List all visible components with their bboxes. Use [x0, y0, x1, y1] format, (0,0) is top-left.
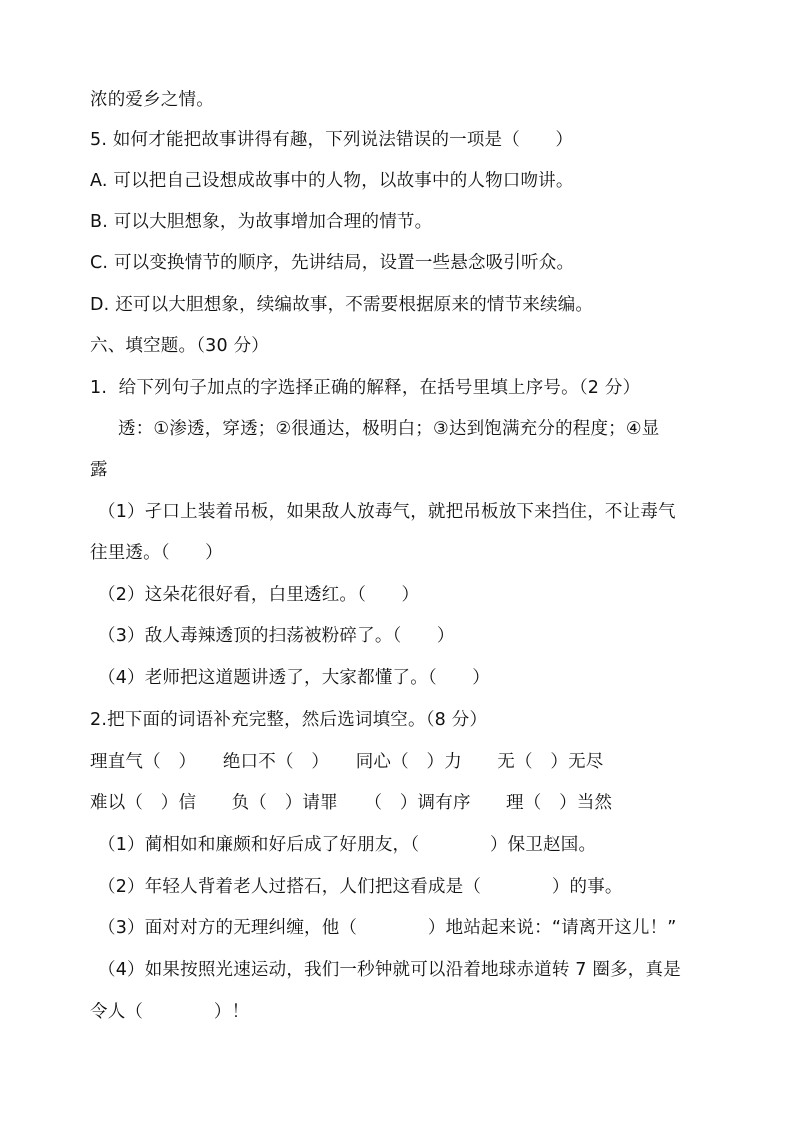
sentence-4: （4）老师把这道题讲透了，大家都懂了。（ ）	[98, 666, 490, 690]
sentence-2: （2）这朵花很好看，白里透红。（ ）	[98, 583, 419, 607]
question-6-1: 1. 给下列句子加点的字选择正确的解释，在括号里填上序号。（2 分）	[90, 376, 640, 400]
section-6-heading: 六、填空题。（30 分）	[90, 334, 269, 358]
sentence-3: （3）敌人毒辣透顶的扫荡被粉碎了。（ ）	[98, 624, 455, 648]
sentence-1-cont: 往里透。（ ）	[90, 541, 223, 565]
idioms-row-1: 理直气（ ） 绝口不（ ） 同心（ ）力 无（ ）无尽	[90, 750, 604, 774]
fill-sentence-4: （4）如果按照光速运动，我们一秒钟就可以沿着地球赤道转 7 圈多，真是	[98, 958, 681, 982]
fill-sentence-4-cont: 令人（ ）！	[90, 1000, 249, 1024]
sentence-1: （1）孑口上装着吊板，如果敌人放毒气，就把吊板放下来挡住，不让毒气	[98, 500, 676, 524]
idioms-row-2: 难以（ ）信 负（ ）请罪 （ ）调有序 理（ ）当然	[90, 791, 612, 815]
option-d: D. 还可以大胆想象，续编故事，不需要根据原来的情节来续编。	[90, 293, 593, 317]
question-5: 5. 如何才能把故事讲得有趣，下列说法错误的一项是（ ）	[90, 128, 573, 152]
definition-tou-cont: 露	[90, 458, 108, 482]
option-a: A. 可以把自己设想成故事中的人物，以故事中的人物口吻讲。	[90, 169, 574, 193]
text-line-continuation: 浓的爱乡之情。	[90, 88, 214, 112]
question-6-2: 2.把下面的词语补充完整，然后选词填空。（8 分）	[90, 708, 487, 732]
fill-sentence-2: （2）年轻人背着老人过搭石，人们把这看成是（ ）的事。	[98, 875, 623, 899]
fill-sentence-1: （1）蔺相如和廉颇和好后成了好朋友，（ ）保卫赵国。	[98, 833, 596, 857]
option-b: B. 可以大胆想象，为故事增加合理的情节。	[90, 210, 432, 234]
definition-tou: 透：①渗透，穿透；②很通达，极明白；③达到饱满充分的程度；④显	[118, 417, 659, 441]
fill-sentence-3: （3）面对对方的无理纠缠，他（ ）地站起来说：“请离开这儿！”	[98, 916, 677, 940]
option-c: C. 可以变换情节的顺序，先讲结局，设置一些悬念吸引听众。	[90, 251, 574, 275]
